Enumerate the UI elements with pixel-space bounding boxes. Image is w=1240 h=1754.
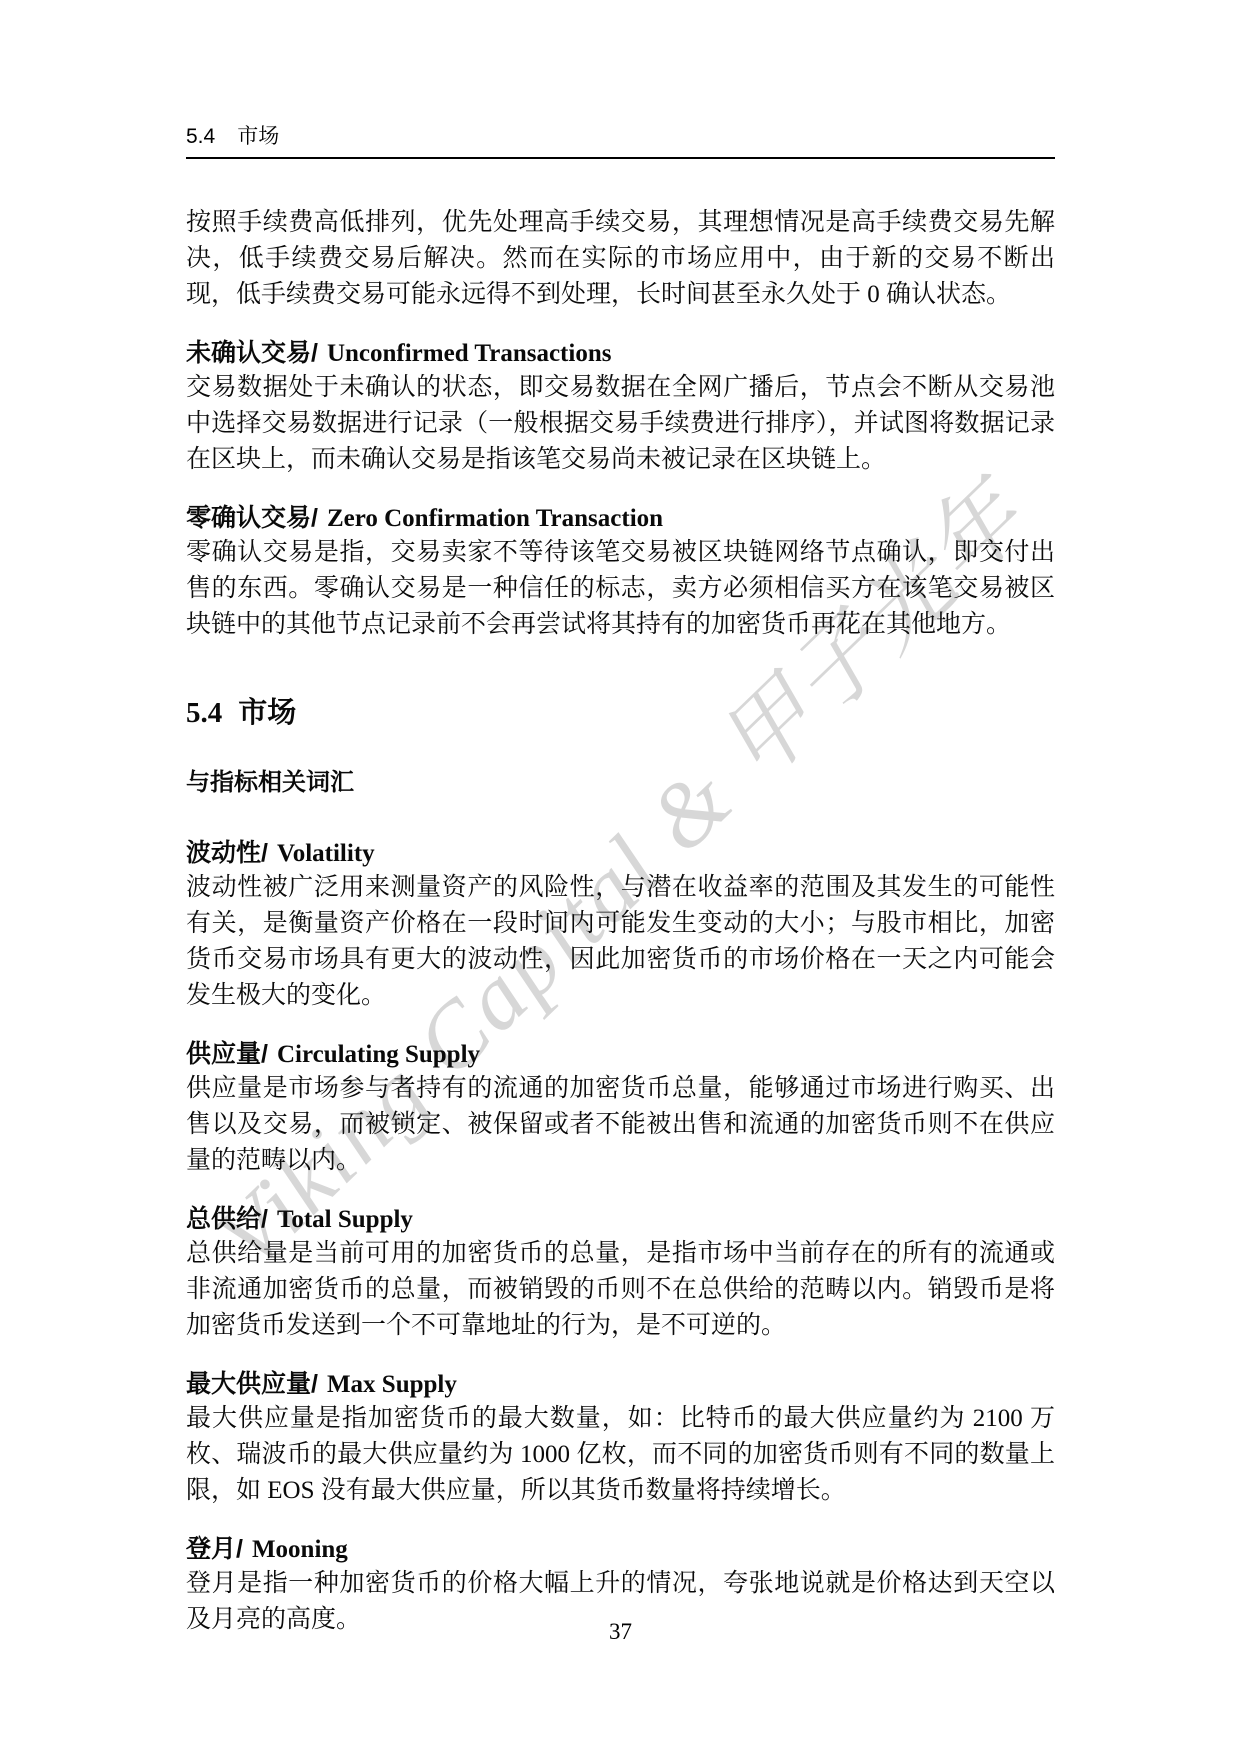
term-name-zh: 零确认交易/ <box>186 504 318 532</box>
term-name-zh: 未确认交易/ <box>186 339 318 367</box>
term-name-en: Mooning <box>252 1536 348 1563</box>
section-title: 市场 <box>238 697 296 729</box>
text-block: 5.4市场 按照手续费高低排列，优先处理高手续交易，其理想情况是高手续费交易先解… <box>186 0 1055 1638</box>
term-section: 最大供应量/Max Supply 最大供应量是指加密货币的最大数量，如：比特币的… <box>186 1368 1055 1509</box>
term-heading: 最大供应量/Max Supply <box>186 1368 1055 1401</box>
term-paragraph: 零确认交易是指，交易卖家不等待该笔交易被区块链网络节点确认，即交付出售的东西。零… <box>186 535 1055 643</box>
term-section: 供应量/Circulating Supply 供应量是市场参与者持有的流通的加密… <box>186 1038 1055 1179</box>
term-name-en: Total Supply <box>277 1206 413 1233</box>
term-paragraph: 总供给量是当前可用的加密货币的总量，是指市场中当前存在的所有的流通或非流通加密货… <box>186 1236 1055 1344</box>
term-section: 零确认交易/Zero Confirmation Transaction 零确认交… <box>186 502 1055 643</box>
section-heading: 5.4市场 <box>186 693 1055 733</box>
term-name-zh: 波动性/ <box>186 839 268 867</box>
term-heading: 未确认交易/Unconfirmed Transactions <box>186 337 1055 370</box>
document-page: Viking Capital & 甲子光年 5.4市场 按照手续费高低排列，优先… <box>0 0 1240 1754</box>
intro-paragraph: 按照手续费高低排列，优先处理高手续交易，其理想情况是高手续费交易先解决，低手续费… <box>186 205 1055 313</box>
term-paragraph: 最大供应量是指加密货币的最大数量，如：比特币的最大供应量约为 2100 万枚、瑞… <box>186 1401 1055 1509</box>
term-heading: 波动性/Volatility <box>186 837 1055 870</box>
term-section: 未确认交易/Unconfirmed Transactions 交易数据处于未确认… <box>186 337 1055 478</box>
pre-sections: 未确认交易/Unconfirmed Transactions 交易数据处于未确认… <box>186 337 1055 643</box>
term-name-zh: 供应量/ <box>186 1040 268 1068</box>
term-paragraph: 供应量是市场参与者持有的流通的加密货币总量，能够通过市场进行购买、出售以及交易，… <box>186 1071 1055 1179</box>
term-section: 波动性/Volatility 波动性被广泛用来测量资产的风险性，与潜在收益率的范… <box>186 837 1055 1014</box>
page-number: 37 <box>186 1617 1055 1647</box>
term-paragraph: 交易数据处于未确认的状态，即交易数据在全网广播后，节点会不断从交易池中选择交易数… <box>186 370 1055 478</box>
section-number: 5.4 <box>186 697 222 729</box>
running-header-section-title: 市场 <box>237 125 279 148</box>
term-name-en: Circulating Supply <box>277 1041 480 1068</box>
section-subheading: 与指标相关词汇 <box>186 767 1055 799</box>
term-name-en: Unconfirmed Transactions <box>327 340 612 367</box>
term-name-en: Max Supply <box>327 1371 457 1398</box>
running-header-section-number: 5.4 <box>186 125 215 148</box>
running-header: 5.4市场 <box>186 124 1055 150</box>
term-paragraph: 波动性被广泛用来测量资产的风险性，与潜在收益率的范围及其发生的可能性有关，是衡量… <box>186 870 1055 1014</box>
page-content: 按照手续费高低排列，优先处理高手续交易，其理想情况是高手续费交易先解决，低手续费… <box>186 0 1055 1638</box>
term-section: 总供给/Total Supply 总供给量是当前可用的加密货币的总量，是指市场中… <box>186 1203 1055 1344</box>
header-rule <box>186 157 1055 159</box>
term-name-en: Volatility <box>277 840 375 867</box>
term-name-zh: 总供给/ <box>186 1205 268 1233</box>
terms-list: 波动性/Volatility 波动性被广泛用来测量资产的风险性，与潜在收益率的范… <box>186 837 1055 1638</box>
term-heading: 零确认交易/Zero Confirmation Transaction <box>186 502 1055 535</box>
term-name-en: Zero Confirmation Transaction <box>327 505 663 532</box>
term-name-zh: 登月/ <box>186 1535 243 1563</box>
term-name-zh: 最大供应量/ <box>186 1370 318 1398</box>
term-heading: 登月/Mooning <box>186 1533 1055 1566</box>
term-heading: 供应量/Circulating Supply <box>186 1038 1055 1071</box>
term-heading: 总供给/Total Supply <box>186 1203 1055 1236</box>
